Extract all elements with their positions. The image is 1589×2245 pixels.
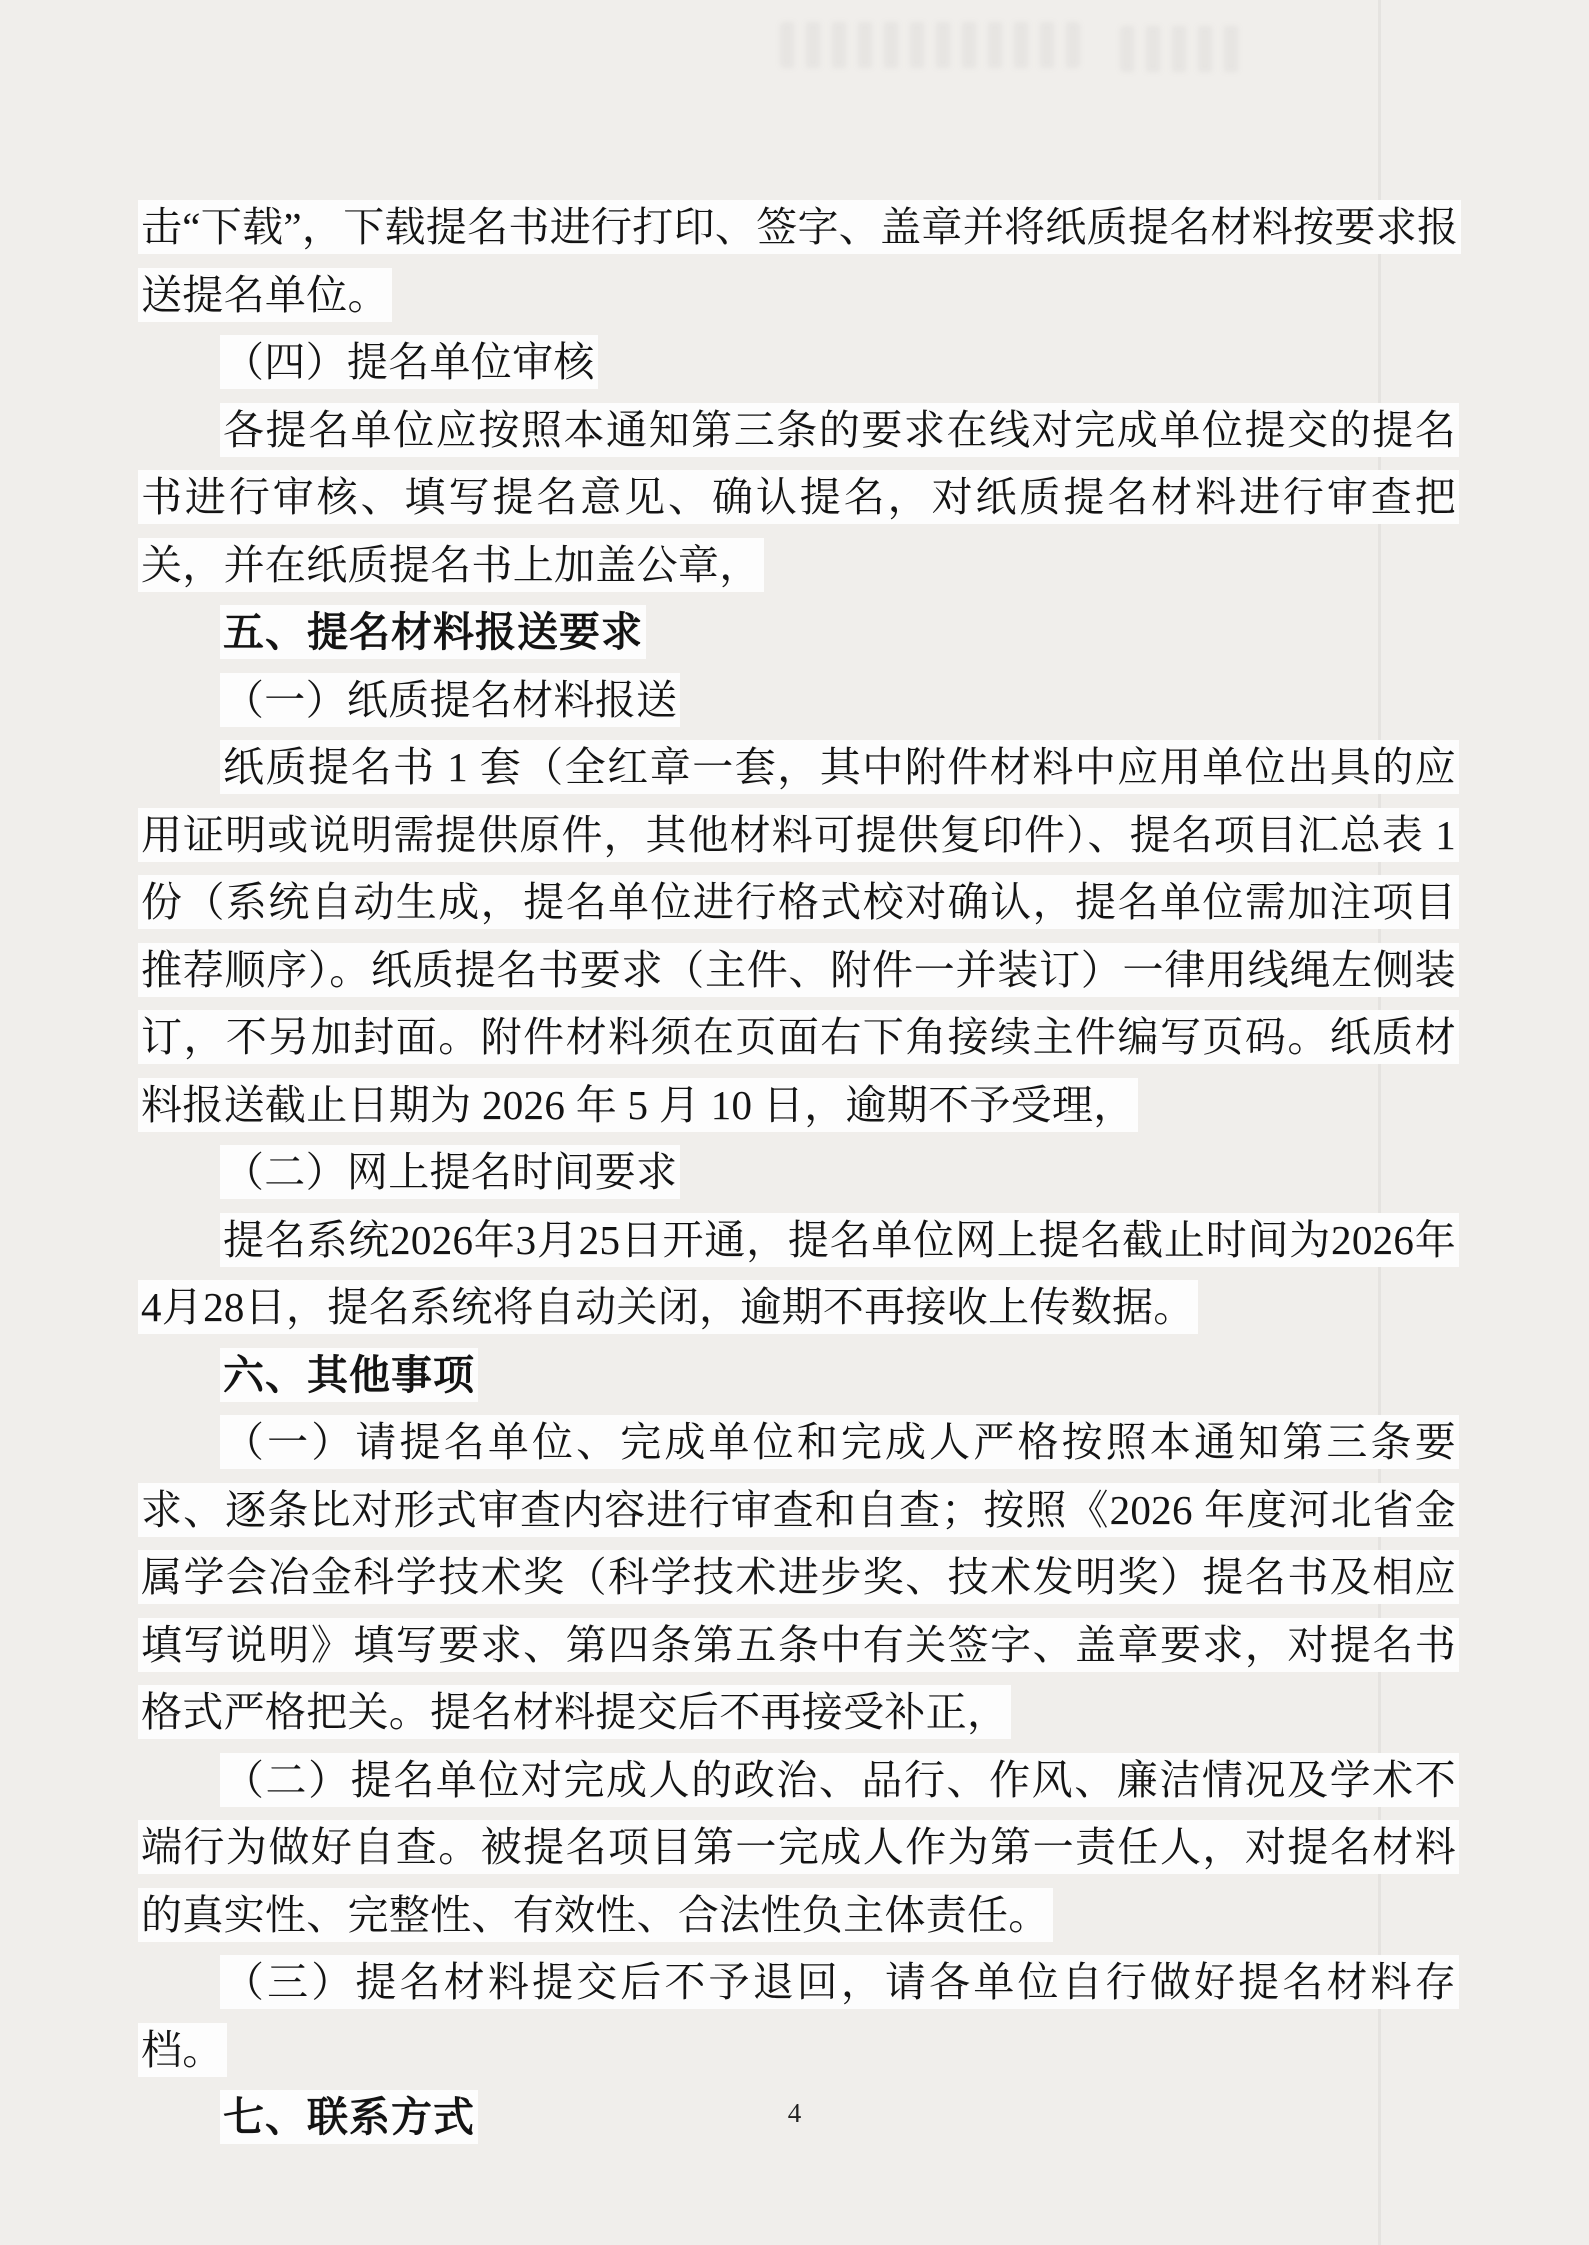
paragraph-text: 六、其他事项: [220, 1348, 478, 1402]
paragraph: （三）提名材料提交后不予退回，请各单位自行做好提名材料存档。: [138, 1949, 1459, 2084]
paragraph: （一）请提名单位、完成单位和完成人严格按照本通知第三条要求、逐条比对形式审查内容…: [138, 1409, 1459, 1747]
paragraph-text: 提名系统2026年3月25日开通，提名单位网上提名截止时间为2026年4月28日…: [138, 1213, 1459, 1335]
paragraph-text: （四）提名单位审核: [220, 335, 598, 389]
page-number: 4: [0, 2096, 1589, 2130]
paragraph: （二）提名单位对完成人的政治、品行、作风、廉洁情况及学术不端行为做好自查。被提名…: [138, 1747, 1459, 1950]
document-page: 击“下载”，下载提名书进行打印、签字、盖章并将纸质提名材料按要求报送提名单位。（…: [0, 0, 1589, 2245]
paragraph-text: （二）提名单位对完成人的政治、品行、作风、廉洁情况及学术不端行为做好自查。被提名…: [138, 1753, 1459, 1942]
paragraph: （一）纸质提名材料报送: [138, 667, 1459, 735]
section-heading: 六、其他事项: [138, 1342, 1459, 1410]
paragraph-text: 各提名单位应按照本通知第三条的要求在线对完成单位提交的提名书进行审核、填写提名意…: [138, 403, 1459, 592]
paragraph: 提名系统2026年3月25日开通，提名单位网上提名截止时间为2026年4月28日…: [138, 1207, 1459, 1342]
paragraph: （四）提名单位审核: [138, 329, 1459, 397]
paragraph: 纸质提名书 1 套（全红章一套，其中附件材料中应用单位出具的应用证明或说明需提供…: [138, 734, 1459, 1139]
paragraph-text: （一）请提名单位、完成单位和完成人严格按照本通知第三条要求、逐条比对形式审查内容…: [138, 1415, 1459, 1739]
paragraph: 各提名单位应按照本通知第三条的要求在线对完成单位提交的提名书进行审核、填写提名意…: [138, 397, 1459, 600]
paragraph-text: （三）提名材料提交后不予退回，请各单位自行做好提名材料存档。: [138, 1955, 1459, 2077]
paragraph: 击“下载”，下载提名书进行打印、签字、盖章并将纸质提名材料按要求报送提名单位。: [138, 194, 1459, 329]
scan-artifact: [780, 22, 1080, 68]
paragraph-text: （一）纸质提名材料报送: [220, 673, 680, 727]
paragraph: （二）网上提名时间要求: [138, 1139, 1459, 1207]
paragraph-text: 纸质提名书 1 套（全红章一套，其中附件材料中应用单位出具的应用证明或说明需提供…: [138, 740, 1459, 1132]
section-heading: 五、提名材料报送要求: [138, 599, 1459, 667]
paragraph-text: 击“下载”，下载提名书进行打印、签字、盖章并将纸质提名材料按要求报送提名单位。: [138, 200, 1461, 322]
paragraph-text: （二）网上提名时间要求: [220, 1145, 680, 1199]
paragraph-text: 五、提名材料报送要求: [220, 605, 646, 659]
document-body: 击“下载”，下载提名书进行打印、签字、盖章并将纸质提名材料按要求报送提名单位。（…: [138, 194, 1459, 2152]
scan-artifact: [1120, 26, 1240, 72]
